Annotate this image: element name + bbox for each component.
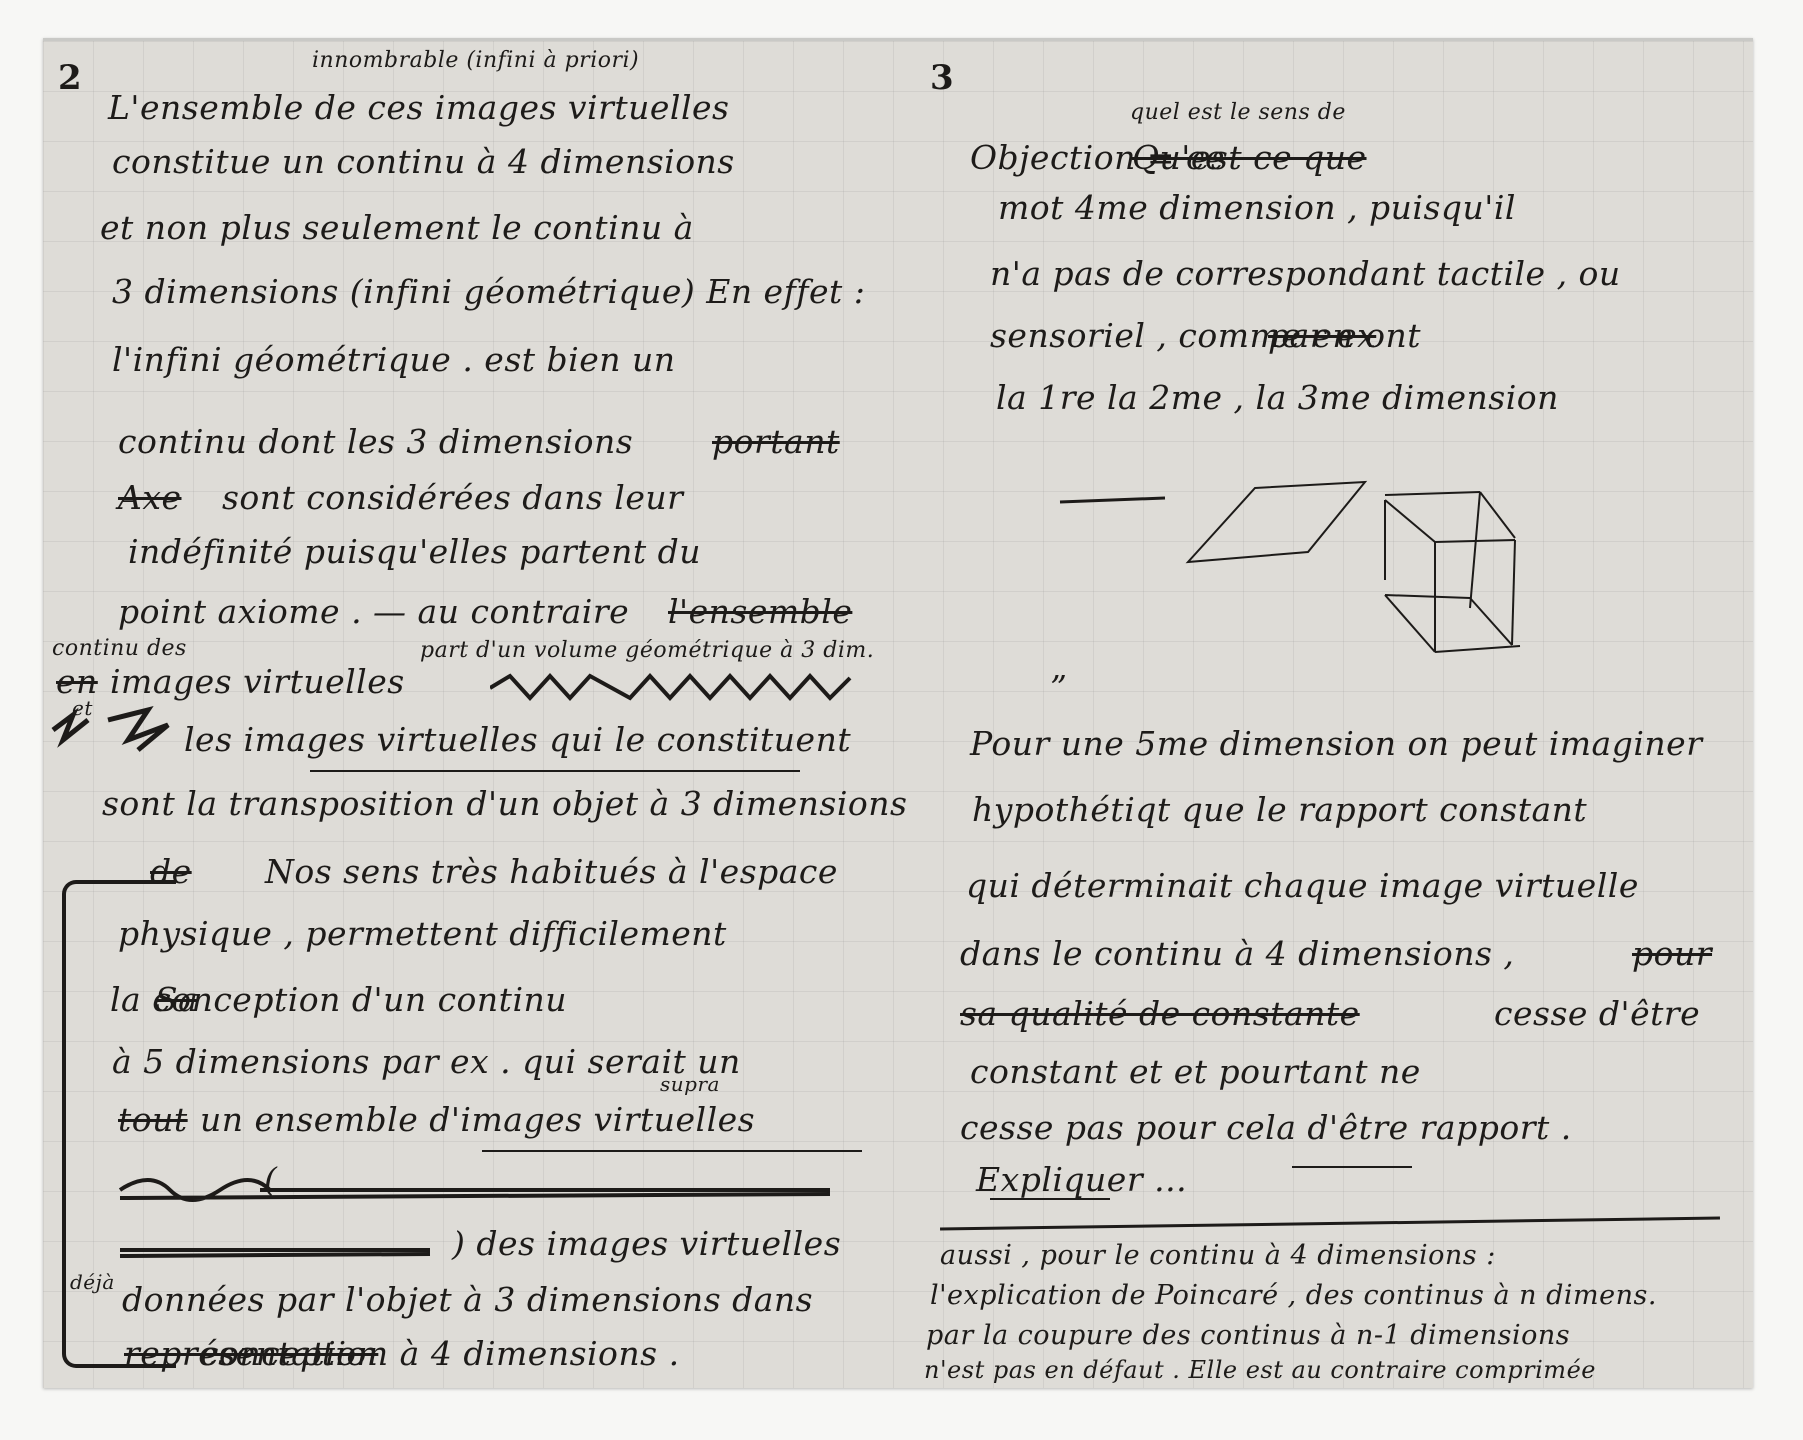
open-paren: ( [264, 1160, 277, 1199]
wavy-underline [310, 770, 800, 772]
left-line-6: continu dont les 3 dimensions [118, 422, 633, 461]
struck-pour-p2: pour [1632, 934, 1712, 973]
footer-line-2: l'explication de Poincaré , des continus… [930, 1280, 1657, 1311]
line-segment-drawing [1060, 498, 1165, 502]
insertion-volume: part d'un volume géométrique à 3 dim. [420, 638, 874, 663]
p2-line-8: Expliquer ... [976, 1160, 1187, 1199]
struck-quest-ce-que: Qu'est ce que [1132, 138, 1367, 177]
struck-portant: portant [712, 422, 840, 461]
p2-line-3: qui déterminait chaque image virtuelle [966, 866, 1639, 905]
footer-line-3: par la coupure des continus à n-1 dimens… [926, 1320, 1570, 1351]
struck-sa-qualite: sa qualité de constante [960, 994, 1360, 1033]
footer-line-4: n'est pas en défaut . Elle est au contra… [924, 1356, 1596, 1384]
left-line-3: et non plus seulement le continu à [100, 208, 694, 247]
struck-axe: Axe [118, 478, 181, 517]
underline-expliquer [990, 1198, 1110, 1200]
struck-par-ex: par ex [1268, 316, 1376, 355]
p2-line-7: cesse pas pour cela d'être rapport . [960, 1108, 1572, 1147]
p2-line-6: constant et et pourtant ne [970, 1052, 1421, 1091]
insertion-quel-est-le-sens: quel est le sens de [1130, 100, 1346, 125]
parallelogram-drawing [1188, 482, 1365, 562]
p2-line-5-tail: cesse d'être [1494, 994, 1700, 1033]
left-line-19: ) des images virtuelles [452, 1224, 841, 1263]
struck-ensemble: l'ensemble [668, 592, 852, 631]
p2-line-4: dans le continu à 4 dimensions , [960, 934, 1514, 973]
struck-representation: Sa [155, 980, 198, 1019]
left-line-7: sont considérées dans leur [222, 478, 683, 517]
scribble-margin [48, 700, 198, 760]
p2-line-2: hypothétiqt que le rapport constant [972, 790, 1587, 829]
left-line-13: Nos sens très habitués à l'espace [265, 852, 838, 891]
margin-deja: déjà [70, 1270, 115, 1294]
left-line-12: sont la transposition d'un objet à 3 dim… [102, 784, 907, 823]
left-line-1: L'ensemble de ces images virtuelles [108, 88, 730, 127]
page-number-left: 2 [58, 58, 82, 98]
p2-line-1: Pour une 5me dimension on peut imaginer [970, 724, 1702, 763]
left-line-9: point axiome . — au contraire [118, 592, 629, 631]
struck-tout: tout [118, 1100, 188, 1139]
underline-images-virtuelles [482, 1150, 862, 1152]
left-line-4: 3 dimensions (infini géométrique) En eff… [112, 272, 865, 311]
page-number-right: 3 [930, 58, 954, 98]
footer-line-1: aussi , pour le continu à 4 dimensions : [940, 1240, 1496, 1271]
cube-drawing [1385, 492, 1520, 652]
left-line-8: indéfinité puisqu'elles partent du [128, 532, 701, 571]
insertion-supra: supra [660, 1072, 720, 1096]
left-line-16: à 5 dimensions par ex . qui serait un [112, 1042, 741, 1081]
scribbled-out-text [490, 668, 870, 708]
left-line-17: un ensemble d'images virtuelles [200, 1100, 755, 1139]
struck-pour: de [150, 852, 192, 891]
margin-continu-des: continu des [52, 636, 187, 661]
left-line-20: données par l'objet à 3 dimensions dans [122, 1280, 813, 1319]
right-line-2: mot 4me dimension , puisqu'il [998, 188, 1516, 227]
left-line-2: constitue un continu à 4 dimensions [112, 142, 735, 181]
insertion-innombrable: innombrable (infini à priori) [312, 48, 639, 73]
left-line-14: physique , permettent difficilement [118, 914, 727, 953]
ditto-mark: ” [1050, 668, 1067, 707]
left-line-5: l'infini géométrique . est bien un [112, 340, 675, 379]
underline-rapport [1292, 1166, 1412, 1168]
left-line-11: les images virtuelles qui le constituent [184, 720, 851, 759]
left-line-10: images virtuelles [110, 662, 405, 701]
right-line-5: la 1re la 2me , la 3me dimension [996, 378, 1559, 417]
right-line-3: n'a pas de correspondant tactile , ou [990, 254, 1621, 293]
dimension-diagrams [1040, 470, 1730, 710]
left-line-21: conception à 4 dimensions . [200, 1334, 680, 1373]
